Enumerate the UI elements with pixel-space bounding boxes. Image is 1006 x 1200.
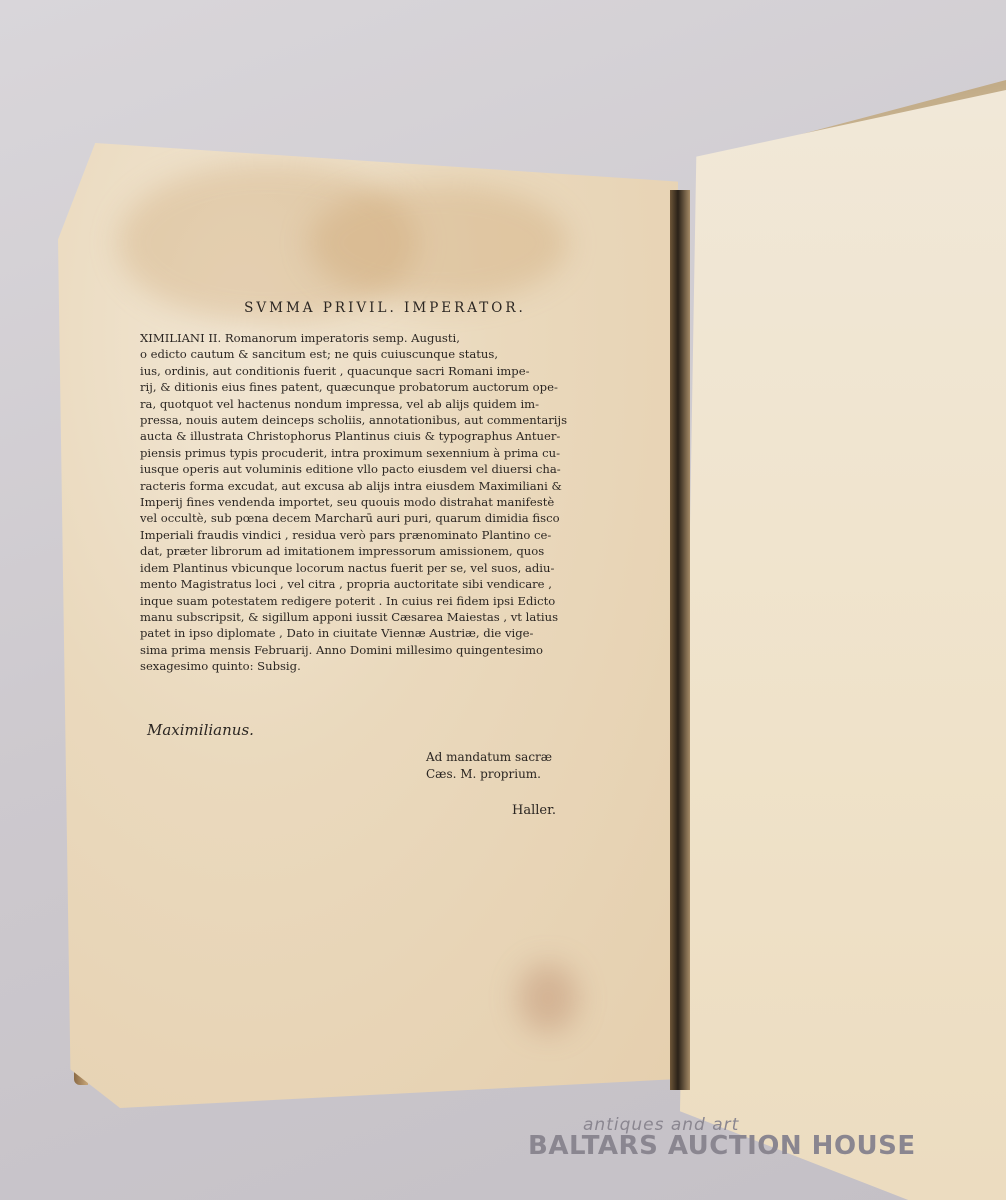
text-line: inque suam potestatem redigere poterit .… <box>140 593 590 609</box>
text-line: aucta & illustrata Christophorus Plantin… <box>140 428 590 444</box>
mandate-line: Ad mandatum sacræ <box>426 749 552 766</box>
right-page-blank <box>680 90 1006 1200</box>
text-line: pressa, nouis autem deinceps scholiis, a… <box>140 412 590 428</box>
water-stain <box>308 183 568 303</box>
text-line: ius, ordinis, aut conditionis fuerit , q… <box>140 363 590 379</box>
text-line: manu subscripsit, & sigillum apponi iuss… <box>140 609 590 625</box>
text-line: Imperiali fraudis vindici , residua verò… <box>140 527 590 543</box>
text-line: mento Magistratus loci , vel citra , pro… <box>140 576 590 592</box>
text-line: o edicto cautum & sancitum est; ne quis … <box>140 346 590 362</box>
text-line: vel occultè, sub pœna decem Marcharū aur… <box>140 510 590 526</box>
text-line: piensis primus typis procuderit, intra p… <box>140 445 590 461</box>
watermark-name: BALTARS AUCTION HOUSE <box>528 1131 916 1161</box>
text-line: XIMILIANI II. Romanorum imperatoris semp… <box>140 330 590 346</box>
signature-maximilianus: Maximilianus. <box>147 721 254 739</box>
page-heading: SVMMA PRIVIL. IMPERATOR. <box>180 300 590 316</box>
text-line: dat, præter librorum ad imitationem impr… <box>140 543 590 559</box>
book-gutter <box>670 190 690 1090</box>
text-line: sima prima mensis Februarij. Anno Domini… <box>140 642 590 658</box>
text-line: racteris forma excudat, aut excusa ab al… <box>140 478 590 494</box>
text-line: idem Plantinus vbicunque locorum nactus … <box>140 560 590 576</box>
privilege-text: SVMMA PRIVIL. IMPERATOR. XIMILIANI II. R… <box>140 300 590 675</box>
mandate-line: Cæs. M. proprium. <box>426 766 552 783</box>
text-line: rij, & ditionis eius fines patent, quæcu… <box>140 379 590 395</box>
countersignature: Haller. <box>512 803 556 818</box>
text-line: patet in ipso diplomate , Dato in ciuita… <box>140 625 590 641</box>
privilege-body: XIMILIANI II. Romanorum imperatoris semp… <box>140 330 590 675</box>
text-line: ra, quotquot vel hactenus nondum impress… <box>140 396 590 412</box>
text-line: Imperij fines vendenda importet, seu quo… <box>140 494 590 510</box>
auction-house-watermark: antiques and art BALTARS AUCTION HOUSE <box>528 1115 916 1161</box>
text-line: sexagesimo quinto: Subsig. <box>140 658 590 674</box>
mandate-note: Ad mandatum sacræ Cæs. M. proprium. <box>426 749 552 783</box>
text-line: iusque operis aut voluminis editione vll… <box>140 461 590 477</box>
foxing-stain <box>518 963 578 1033</box>
